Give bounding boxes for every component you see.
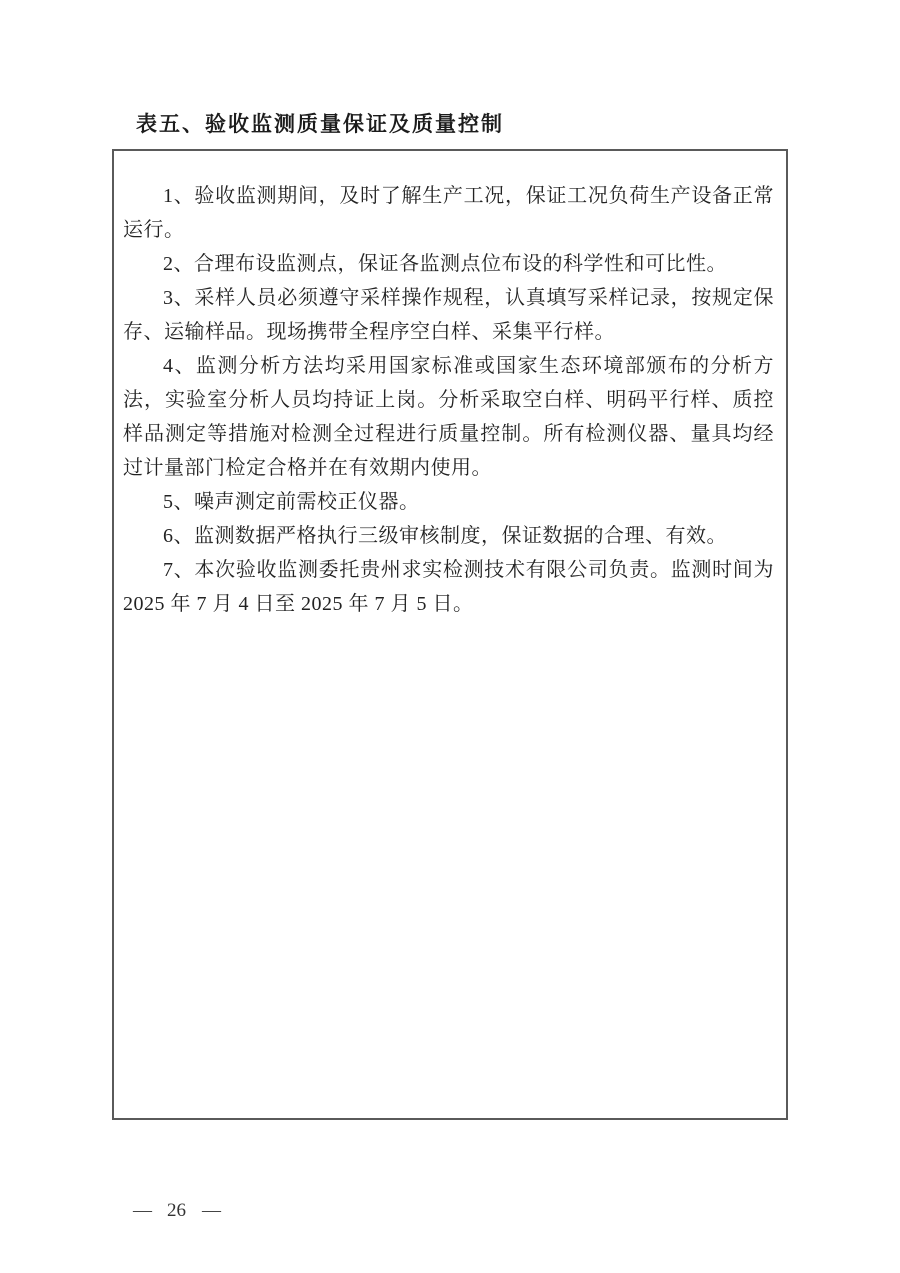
paragraph-7: 7、本次验收监测委托贵州求实检测技术有限公司负责。监测时间为 2025 年 7 …: [123, 553, 774, 621]
page-footer: — 26 —: [133, 1200, 220, 1222]
page-number: 26: [167, 1200, 186, 1222]
paragraph-4: 4、监测分析方法均采用国家标准或国家生态环境部颁布的分析方法，实验室分析人员均持…: [123, 349, 774, 485]
paragraph-3: 3、采样人员必须遵守采样操作规程，认真填写采样记录，按规定保存、运输样品。现场携…: [123, 281, 774, 349]
footer-left-dash: —: [133, 1200, 151, 1222]
footer-right-dash: —: [202, 1200, 220, 1222]
page-title: 表五、验收监测质量保证及质量控制: [136, 108, 504, 138]
document-page: 表五、验收监测质量保证及质量控制 1、验收监测期间，及时了解生产工况，保证工况负…: [0, 0, 900, 1273]
paragraph-2: 2、合理布设监测点，保证各监测点位布设的科学性和可比性。: [123, 247, 774, 281]
paragraph-6: 6、监测数据严格执行三级审核制度，保证数据的合理、有效。: [123, 519, 774, 553]
paragraph-5: 5、噪声测定前需校正仪器。: [123, 485, 774, 519]
paragraph-1: 1、验收监测期间，及时了解生产工况，保证工况负荷生产设备正常运行。: [123, 179, 774, 247]
content-box: 1、验收监测期间，及时了解生产工况，保证工况负荷生产设备正常运行。 2、合理布设…: [112, 149, 788, 1120]
